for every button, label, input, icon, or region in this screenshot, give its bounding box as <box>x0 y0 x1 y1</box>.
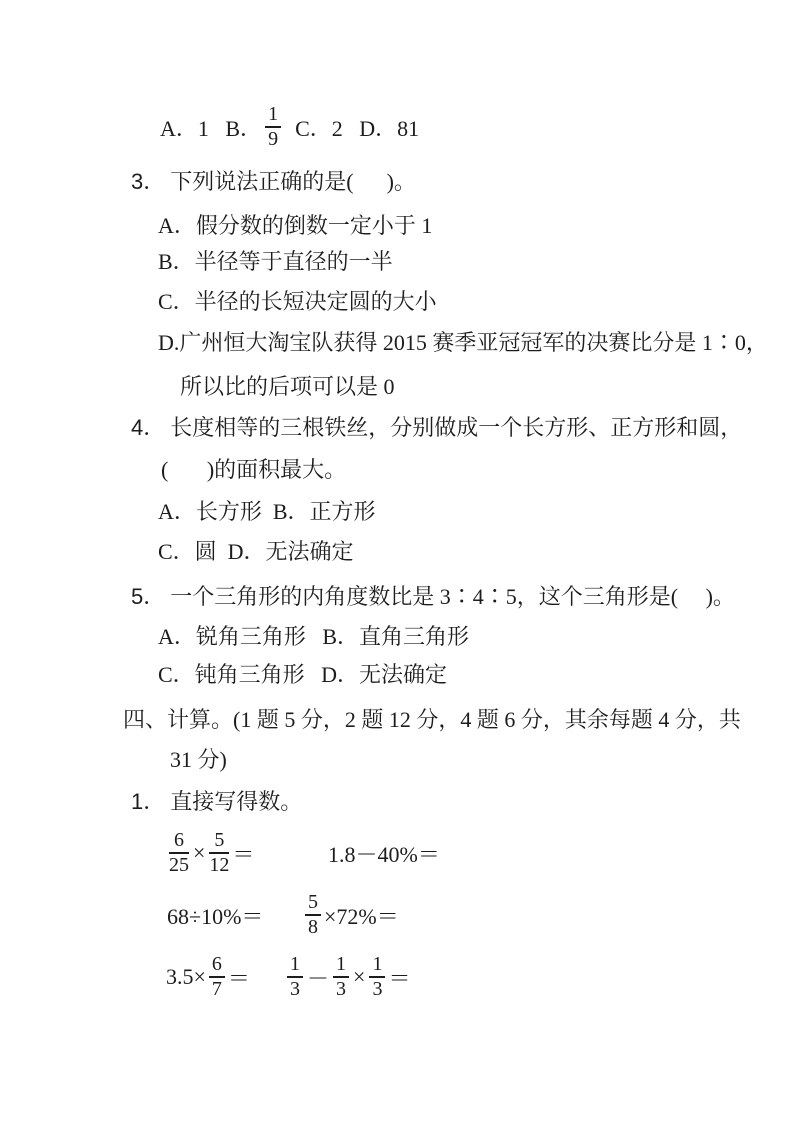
fraction-numerator: 1 <box>369 955 385 976</box>
formula-row1-col2: 1.8－40%＝ <box>328 828 440 878</box>
fraction-numerator: 5 <box>211 831 227 852</box>
formula-row2-col2: 58×72%＝ <box>302 890 399 940</box>
question-2-options-row: A．1 B．19 C．2 D．81 <box>160 102 419 152</box>
fraction-denominator: 3 <box>336 978 346 999</box>
expression-text: 68÷10%＝ <box>167 900 263 931</box>
fraction-1-3: 13 <box>287 955 303 999</box>
section-4-title-line1: 计算。(1 题 5 分，2 题 12 分，4 题 6 分，其余每题 4 分，共 <box>167 707 741 732</box>
fraction-6-25: 625 <box>169 831 189 875</box>
options-cd-text: C．钝角三角形 D．无法确定 <box>158 662 447 687</box>
option-b-text: B．半径等于直径的一半 <box>158 249 393 274</box>
question-4-text-line1: 长度相等的三根铁丝，分别做成一个长方形、正方形和圆， <box>170 415 742 440</box>
fraction-numerator: 1 <box>265 105 281 126</box>
question-3-option-a: A．假分数的倒数一定小于 1 <box>158 211 432 241</box>
equals-sign: ＝ <box>388 962 410 993</box>
option-d-text-line2: 所以比的后项可以是 0 <box>180 374 395 399</box>
fraction-denominator: 3 <box>372 978 382 999</box>
question-3-stem: 3．下列说法正确的是( )。 <box>131 167 416 197</box>
question-3-option-b: B．半径等于直径的一半 <box>158 247 393 277</box>
fraction-5-8: 58 <box>305 893 321 937</box>
options-ab-text: A．锐角三角形 B．直角三角形 <box>158 624 469 649</box>
question-3-option-d-line1: D.广州恒大淘宝队获得 2015 赛季亚冠冠军的决赛比分是 1∶0， <box>158 328 768 358</box>
fraction-one-ninth: 19 <box>265 105 281 149</box>
fraction-6-7: 67 <box>209 955 225 999</box>
expression-text: 1.8－40%＝ <box>328 838 440 869</box>
question-5-stem: 5．一个三角形的内角度数比是 3∶4∶5，这个三角形是( )。 <box>131 582 735 612</box>
expression-head: 3.5× <box>166 964 206 990</box>
fraction-numerator: 1 <box>333 955 349 976</box>
question-3-option-c: C．半径的长短决定圆的大小 <box>158 287 437 317</box>
equals-sign: ＝ <box>228 962 250 993</box>
option-c-text: C．半径的长短决定圆的大小 <box>158 289 437 314</box>
section-4-number: 四、 <box>123 707 167 732</box>
question-3-text: 下列说法正确的是( )。 <box>170 169 416 194</box>
question-4-number: 4． <box>131 415 165 440</box>
q2-options-part1: A．1 B． <box>160 112 262 143</box>
fraction-5-12: 512 <box>209 831 229 875</box>
fraction-denominator: 7 <box>212 978 222 999</box>
test-paper-page: A．1 B．19 C．2 D．81 3．下列说法正确的是( )。 A．假分数的倒… <box>0 0 793 1122</box>
multiply-operator: × <box>353 964 365 990</box>
question-4-options-ab: A．长方形 B．正方形 <box>158 497 376 527</box>
option-a-text: A．假分数的倒数一定小于 1 <box>158 213 432 238</box>
calc-1-title: 1．直接写得数。 <box>131 787 302 817</box>
question-5-number: 5． <box>131 584 165 609</box>
fraction-numerator: 6 <box>209 955 225 976</box>
expression-tail: ×72%＝ <box>324 900 399 931</box>
fraction-numerator: 5 <box>305 893 321 914</box>
section-4-header-line1: 四、计算。(1 题 5 分，2 题 12 分，4 题 6 分，其余每题 4 分，… <box>123 705 741 735</box>
calc-1-number: 1． <box>131 789 165 814</box>
fraction-denominator: 3 <box>290 978 300 999</box>
option-d-text-line1: D.广州恒大淘宝队获得 2015 赛季亚冠冠军的决赛比分是 1∶0， <box>158 330 768 355</box>
q2-options-part2: C．2 D．81 <box>284 112 419 143</box>
fraction-1-3: 13 <box>333 955 349 999</box>
question-4-stem-line2: ( )的面积最大。 <box>161 455 346 485</box>
fraction-denominator: 8 <box>308 916 318 937</box>
formula-row3-col1: 3.5×67＝ <box>166 952 250 1002</box>
fraction-denominator: 9 <box>268 128 278 149</box>
formula-row2-col1: 68÷10%＝ <box>167 890 263 940</box>
question-4-text-line2: ( )的面积最大。 <box>161 457 346 482</box>
minus-operator: － <box>307 962 329 993</box>
section-4-title-line2: 31 分) <box>170 747 227 772</box>
fraction-denominator: 25 <box>169 854 189 875</box>
question-5-text: 一个三角形的内角度数比是 3∶4∶5，这个三角形是( )。 <box>170 584 735 609</box>
formula-row1-col1: 625×512＝ <box>166 828 254 878</box>
question-4-options-cd: C．圆 D．无法确定 <box>158 537 354 567</box>
equals-sign: ＝ <box>232 838 254 869</box>
fraction-denominator: 12 <box>209 854 229 875</box>
fraction-numerator: 1 <box>287 955 303 976</box>
options-cd-text: C．圆 D．无法确定 <box>158 539 354 564</box>
multiply-operator: × <box>193 840 205 866</box>
options-ab-text: A．长方形 B．正方形 <box>158 499 376 524</box>
question-4-stem-line1: 4．长度相等的三根铁丝，分别做成一个长方形、正方形和圆， <box>131 413 742 443</box>
question-5-options-ab: A．锐角三角形 B．直角三角形 <box>158 622 469 652</box>
question-5-options-cd: C．钝角三角形 D．无法确定 <box>158 660 447 690</box>
fraction-1-3: 13 <box>369 955 385 999</box>
calc-1-title-text: 直接写得数。 <box>170 789 302 814</box>
question-3-number: 3． <box>131 169 165 194</box>
fraction-numerator: 6 <box>171 831 187 852</box>
formula-row3-col2: 13－13×13＝ <box>284 952 410 1002</box>
question-3-option-d-line2: 所以比的后项可以是 0 <box>180 372 395 402</box>
section-4-header-line2: 31 分) <box>170 745 227 775</box>
